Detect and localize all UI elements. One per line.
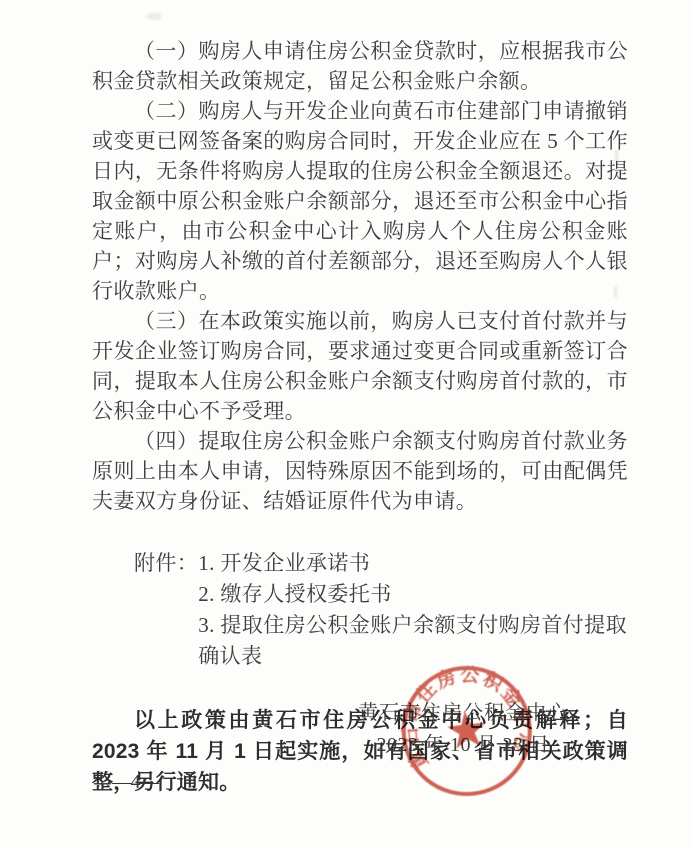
document-body: （一）购房人申请住房公积金贷款时，应根据我市公积金贷款相关政策规定，留足公积金账…: [92, 36, 628, 798]
attachment-item-1: 1. 开发企业承诺书: [198, 548, 628, 579]
body-paragraph-4: （四）提取住房公积金账户余额支付购房首付款业务原则上由本人申请，因特殊原因不能到…: [92, 426, 628, 516]
signature-date: 2023 年 10 月 23 日: [356, 729, 570, 762]
body-paragraph-1: （一）购房人申请住房公积金贷款时，应根据我市公积金贷款相关政策规定，留足公积金账…: [92, 36, 628, 96]
attachments-label: 附件：: [134, 548, 198, 672]
document-page: （一）购房人申请住房公积金贷款时，应根据我市公积金贷款相关政策规定，留足公积金账…: [0, 0, 692, 849]
page-number: —4—: [112, 771, 158, 794]
attachment-item-2: 2. 缴存人授权委托书: [198, 579, 628, 610]
scan-smudge: [146, 13, 162, 20]
signature-org: 黄石市住房公积金中心: [356, 697, 570, 729]
signature-block: 黄石市住房公积金中心 2023 年 10 月 23 日: [356, 697, 570, 762]
attachments-section: 附件： 1. 开发企业承诺书 2. 缴存人授权委托书 3. 提取住房公积金账户余…: [92, 548, 628, 672]
body-paragraph-3: （三）在本政策实施以前，购房人已支付首付款并与开发企业签订购房合同，要求通过变更…: [92, 306, 628, 426]
body-paragraph-2: （二）购房人与开发企业向黄石市住建部门申请撤销或变更已网签备案的购房合同时，开发…: [92, 96, 628, 306]
attachment-item-3: 3. 提取住房公积金账户余额支付购房首付提取确认表: [198, 610, 628, 672]
